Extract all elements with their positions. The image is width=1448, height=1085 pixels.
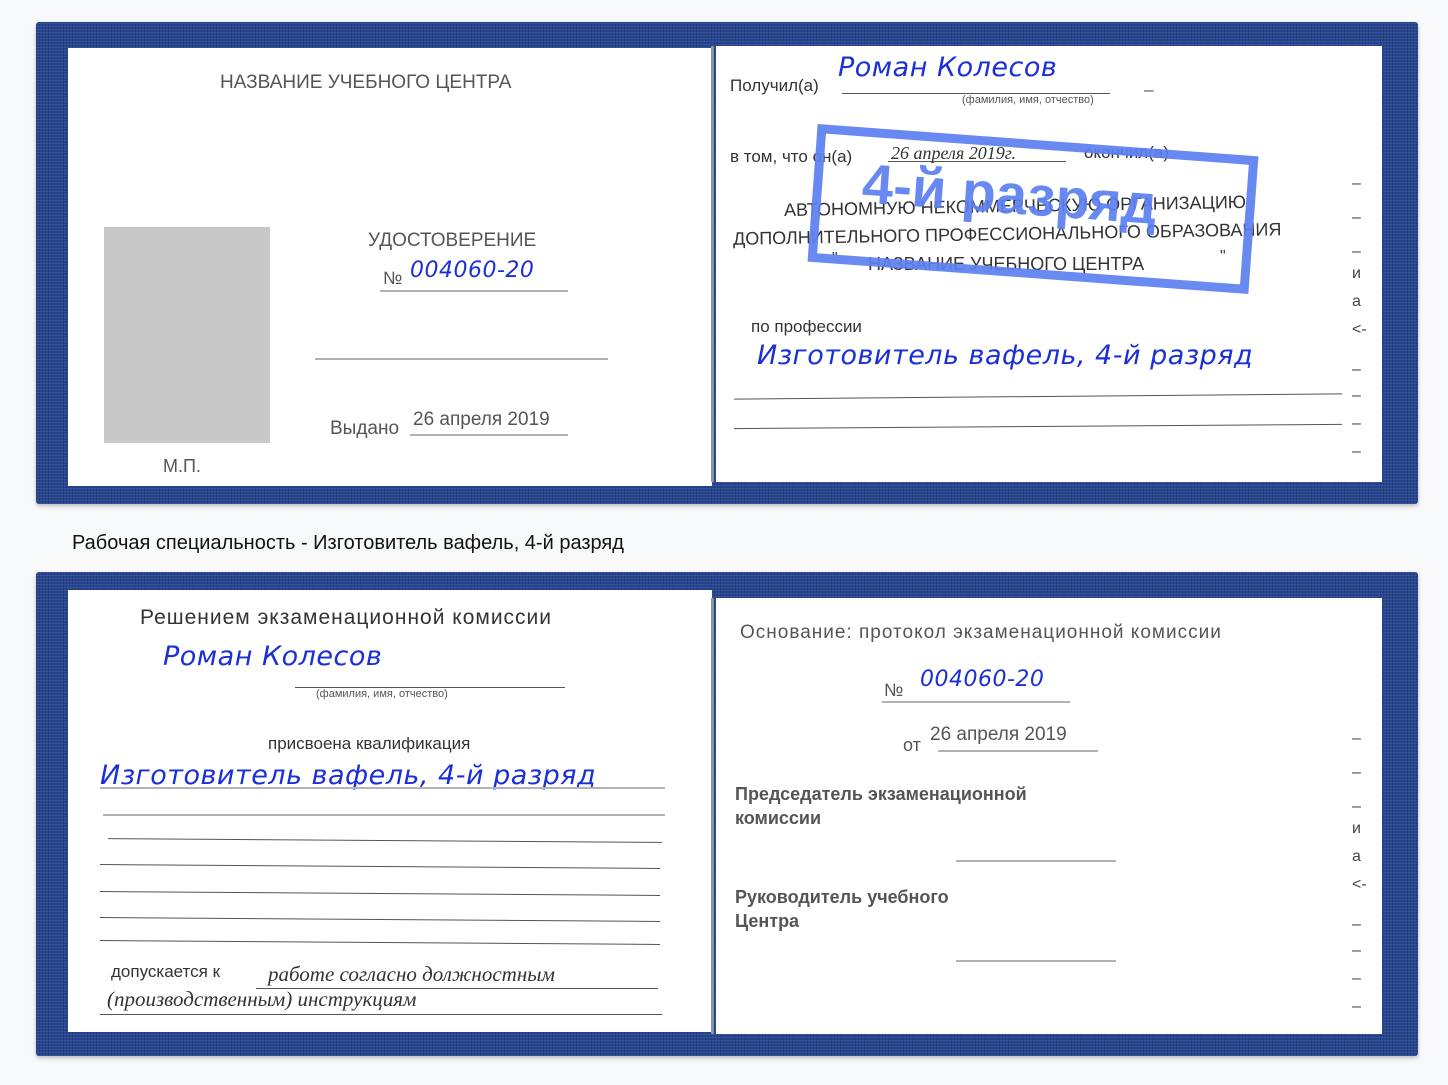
qualification-line-2 [103,814,665,816]
recipient-name: Роман Колесов [838,52,1057,83]
protocol-number-underline [882,701,1070,703]
head-label-2: Центра [735,911,799,932]
edge-mark: и [1352,820,1361,838]
edge-mark: – [1352,209,1361,227]
spine-2 [711,598,714,1034]
edge-mark: – [1352,970,1361,988]
issued-date: 26 апреля 2019 [413,409,550,431]
edge-mark: – [1352,798,1361,816]
edge-mark: <- [1352,876,1367,894]
signature-line [315,358,608,360]
spine-1 [711,46,714,482]
protocol-date: 26 апреля 2019 [930,724,1067,746]
edge-mark: – [1352,730,1361,748]
seal-label: М.П. [163,456,201,477]
edge-mark: – [1352,916,1361,934]
grade-stamp-text: 4-й разряд [860,151,1159,237]
issued-label: Выдано [330,418,399,440]
edge-mark: <- [1352,321,1367,339]
chair-signature-line [956,860,1116,862]
protocol-number: 004060-20 [920,667,1044,692]
fio-hint: (фамилия, имя, отчество) [962,94,1094,106]
number-label: № [383,268,402,289]
protocol-number-label: № [884,680,903,701]
photo-placeholder [104,227,270,443]
head-signature-line [956,960,1116,962]
basis-title: Основание: протокол экзаменационной коми… [740,622,1222,644]
edge-mark: – [1352,175,1361,193]
certificate-number: 004060-20 [410,258,534,283]
edge-mark: – [1352,361,1361,379]
profession-label: по профессии [751,317,862,337]
issued-underline [410,434,568,436]
chair-label-2: комиссии [735,808,821,829]
edge-mark: и [1352,265,1361,283]
protocol-date-label: от [903,735,921,756]
qualification-label: присвоена квалификация [268,734,470,754]
edge-mark: – [1352,764,1361,782]
edge-mark: – [1352,998,1361,1016]
edge-mark: – [1352,387,1361,405]
number-underline [380,290,568,292]
specialty-caption: Рабочая специальность - Изготовитель ваф… [72,532,624,555]
protocol-date-underline [938,750,1098,752]
document-title: УДОСТОВЕРЕНИЕ [368,230,536,252]
decision-title: Решением экзаменационной комиссии [140,606,552,630]
edge-mark: – [1352,415,1361,433]
edge-mark: – [1352,942,1361,960]
edge-mark: а [1352,848,1361,866]
admitted-label: допускается к [111,962,220,982]
profession-value: Изготовитель вафель, 4-й разряд [757,340,1253,371]
dash-after-name: – [1144,80,1153,100]
org-name: НАЗВАНИЕ УЧЕБНОГО ЦЕНТРА [220,72,512,94]
received-label: Получил(а) [730,76,819,96]
edge-mark: – [1352,243,1361,261]
graduate-name: Роман Колесов [163,641,382,672]
admitted-value-2: (производственным) инструкциям [107,987,416,1012]
fio-hint-2: (фамилия, имя, отчество) [316,688,448,700]
head-label-1: Руководитель учебного [735,887,949,908]
admitted-line-2 [100,1014,662,1015]
qualification-line-1 [100,787,665,789]
admitted-value-1: работе согласно должностным [268,962,555,987]
edge-mark: а [1352,293,1361,311]
chair-label-1: Председатель экзаменационной [735,784,1027,805]
edge-mark: – [1352,443,1361,461]
